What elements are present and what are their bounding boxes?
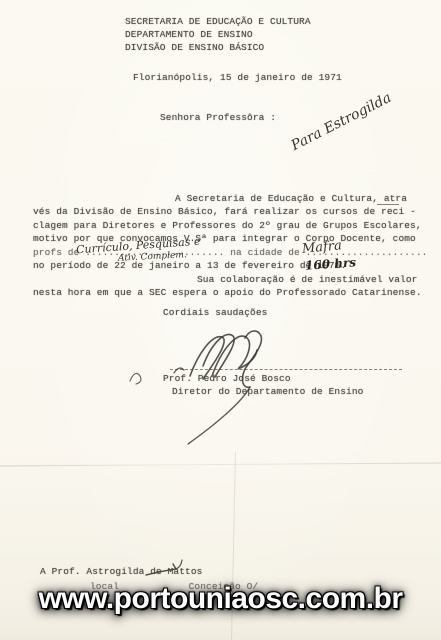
handwritten-hours: 160 hrs [305, 255, 357, 273]
signer-title: Diretor do Departamento de Ensino [172, 386, 363, 398]
hyphenation-underline [377, 204, 399, 205]
marginal-initials [130, 373, 141, 384]
fold-crease-horizontal [0, 462, 441, 466]
letterhead-line-1: SECRETARIA DE EDUCAÇÃO E CULTURA [125, 16, 311, 28]
scanned-letter-page: SECRETARIA DE EDUCAÇÃO E CULTURA DEPARTA… [0, 0, 441, 640]
recipient-line: A Prof. Astrogilda de Mattos [40, 566, 202, 578]
website-watermark: www.portouniaosc.com.br [0, 582, 441, 616]
closing-salutation: Cordiais saudações [163, 307, 267, 319]
body-line-6: no período de 22 de janeiro a 13 de feve… [33, 260, 346, 272]
letterhead-line-3: DIVISÃO DE ENSINO BÁSICO [125, 42, 264, 54]
body-line-3: clagem para Diretores e Professores do 2… [33, 220, 422, 232]
signature-rule [170, 369, 402, 370]
date-line: Florianópolis, 15 de janeiro de 1971 [133, 72, 342, 84]
salutation: Senhora Professôra : [160, 112, 276, 124]
body-line-1: A Secretaria de Educação e Cultura, atra [175, 193, 407, 205]
body-line-2: vés da Divisão de Ensino Básico, fará re… [33, 206, 416, 218]
signer-name: Prof. Pedro José Bosco [163, 373, 291, 385]
body-line-7: Sua colaboração é de inestimável valor [197, 274, 417, 286]
handwritten-dedication: Para Estrogilda [289, 90, 394, 154]
body-line-8: nesta hora em que a SEC espera o apoio d… [33, 287, 422, 299]
letterhead-line-2: DEPARTAMENTO DE ENSINO [125, 29, 253, 41]
